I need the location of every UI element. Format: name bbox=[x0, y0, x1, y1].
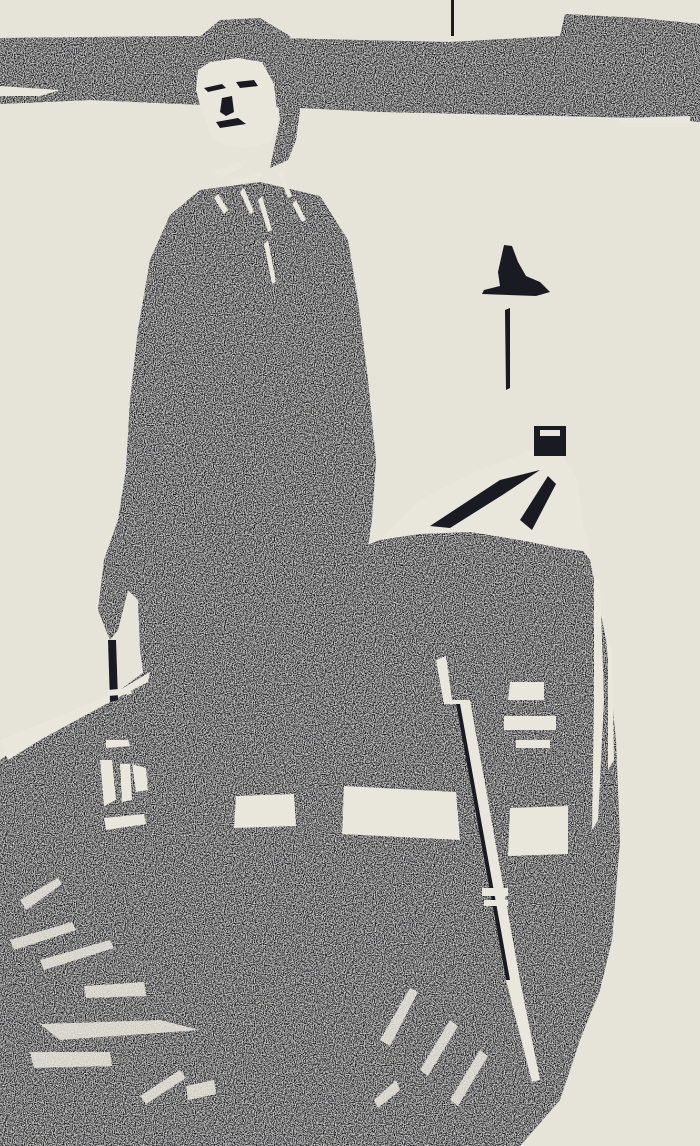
mast-pole bbox=[451, 0, 454, 36]
woodcut-artwork: .paper { fill: #e6e3d9; } .ink { fill: #… bbox=[0, 0, 700, 1146]
